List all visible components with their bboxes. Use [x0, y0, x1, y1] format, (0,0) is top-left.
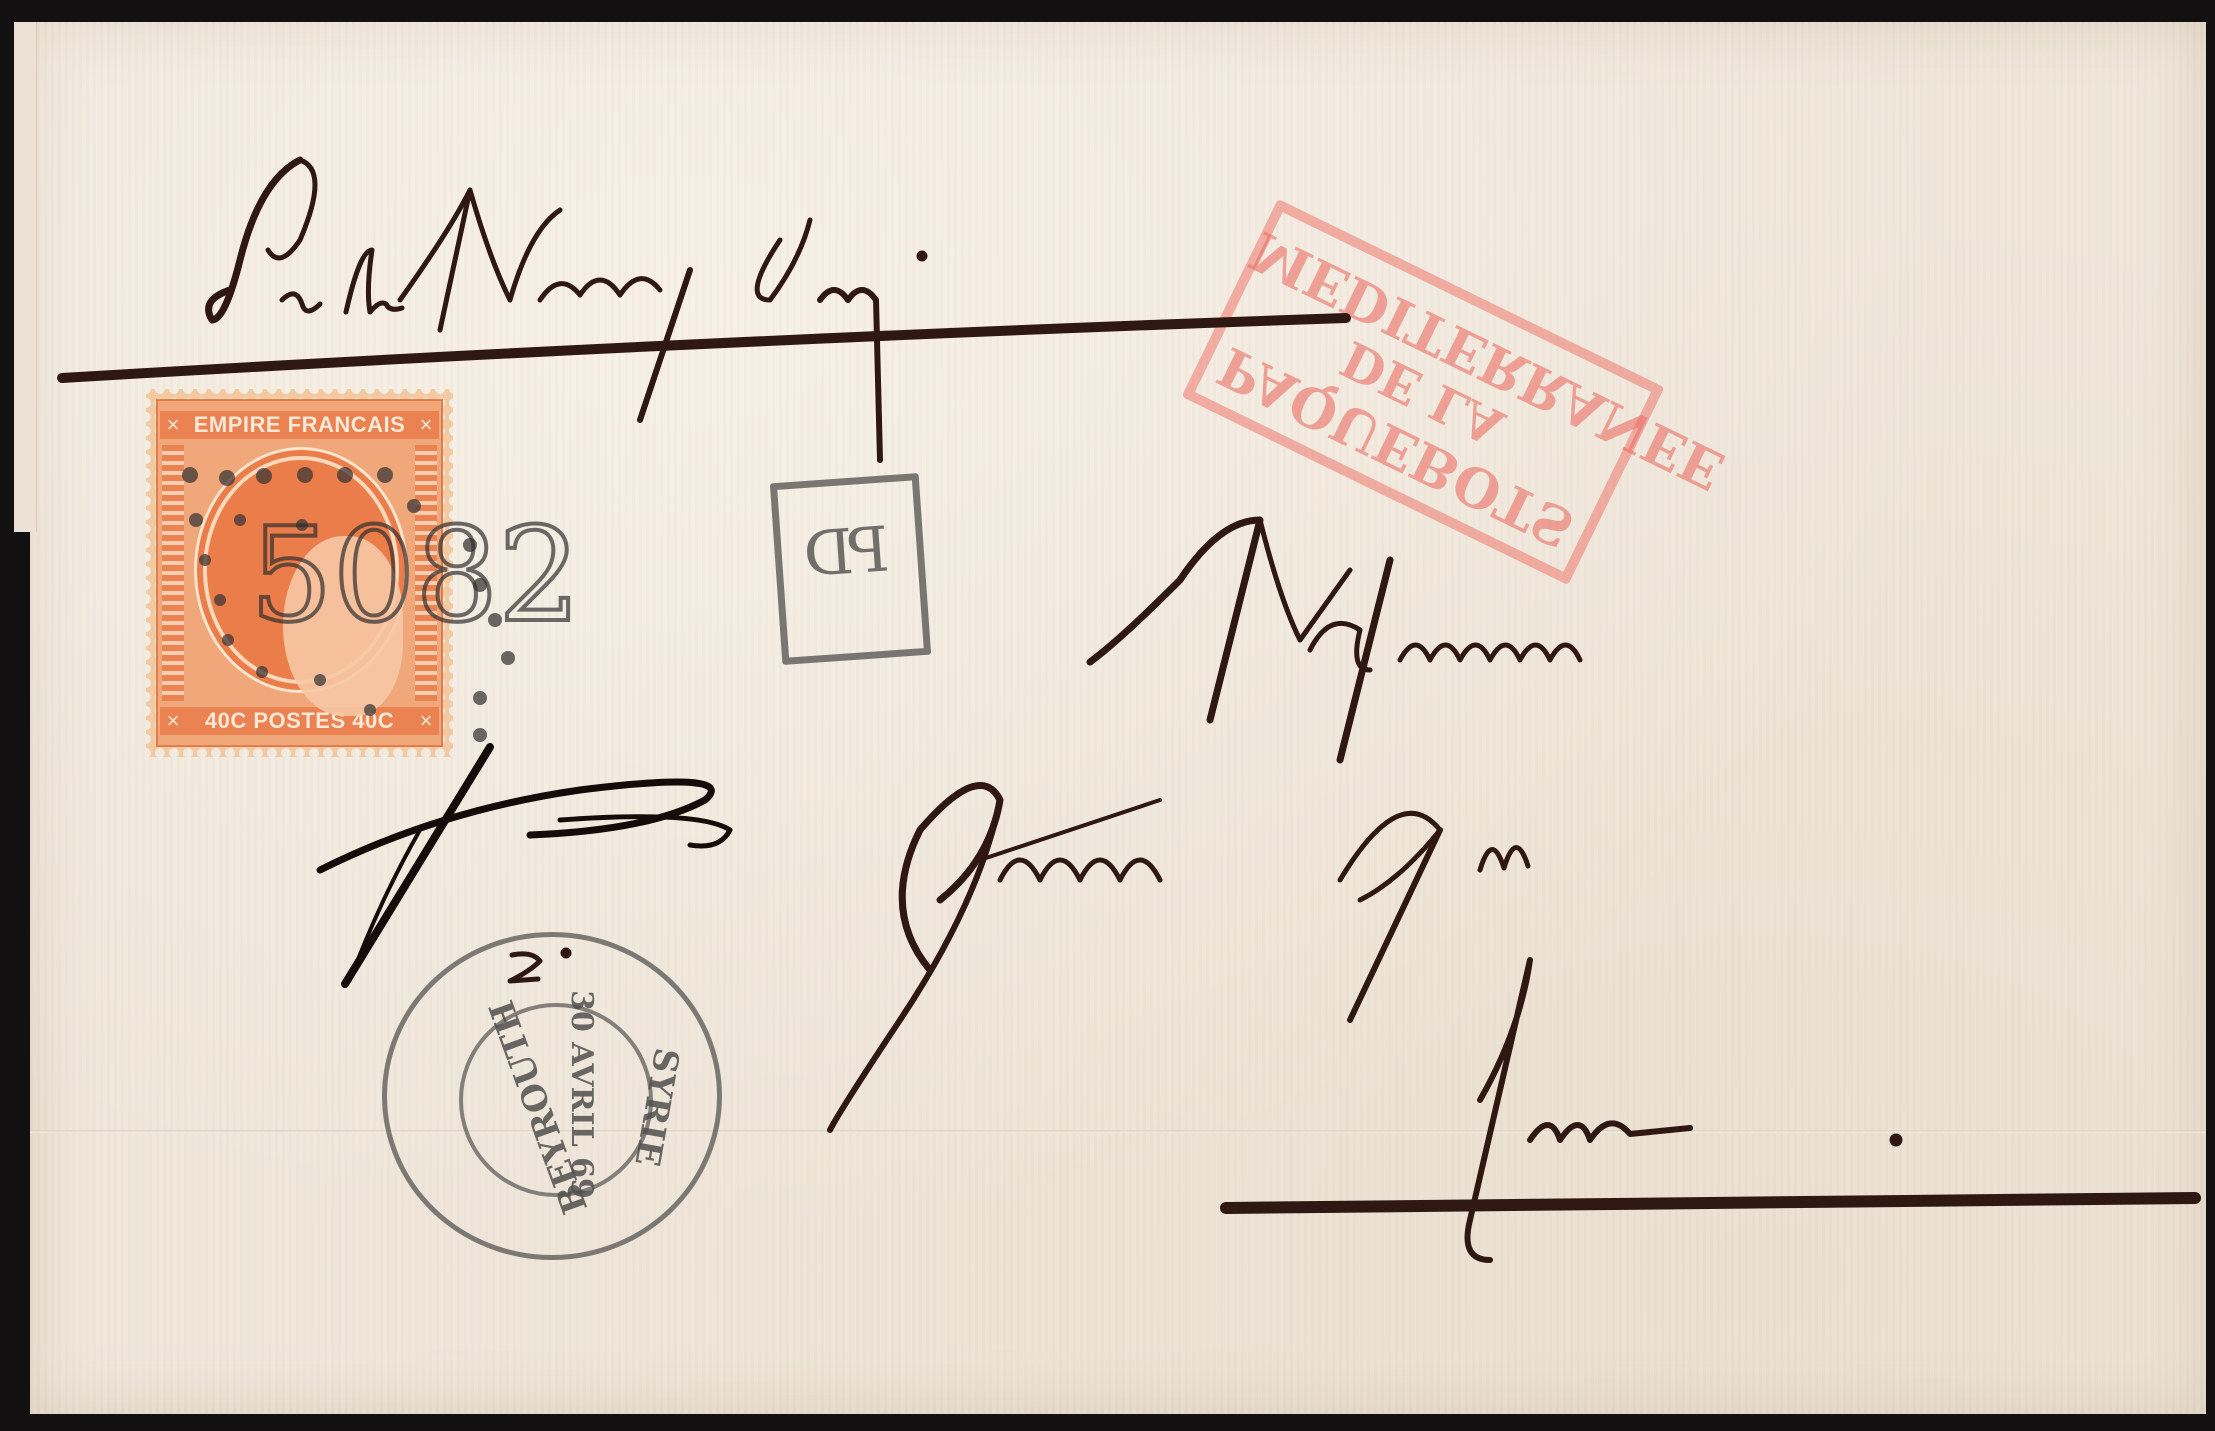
- fold-line: [30, 1130, 2206, 1133]
- stamp-corner-cross-icon: ×: [160, 707, 186, 735]
- stamp-greek-key-border: [162, 445, 184, 701]
- stamp-napoleon-40c: × × × × EMPIRE FRANCAIS 40C POSTES 40C: [146, 389, 453, 757]
- beyrouth-date-stamp: BEYROUTH SYRIE 30 AVRIL 69: [382, 932, 722, 1260]
- cds-date: 30 AVRIL 69: [564, 990, 599, 1199]
- stamp-corner-cross-icon: ×: [413, 411, 439, 439]
- stamp-medallion: [194, 447, 408, 693]
- pd-text: PD: [779, 510, 919, 592]
- stamp-top-legend: EMPIRE FRANCAIS: [186, 411, 413, 439]
- pd-box-marking: PD: [770, 473, 931, 665]
- stamp-corner-cross-icon: ×: [160, 411, 186, 439]
- letter-side-flap: [14, 22, 37, 532]
- emperor-portrait-icon: [283, 536, 403, 716]
- stamp-greek-key-border: [415, 445, 437, 701]
- stamp-bottom-legend: 40C POSTES 40C: [186, 707, 413, 735]
- stamp-corner-cross-icon: ×: [413, 707, 439, 735]
